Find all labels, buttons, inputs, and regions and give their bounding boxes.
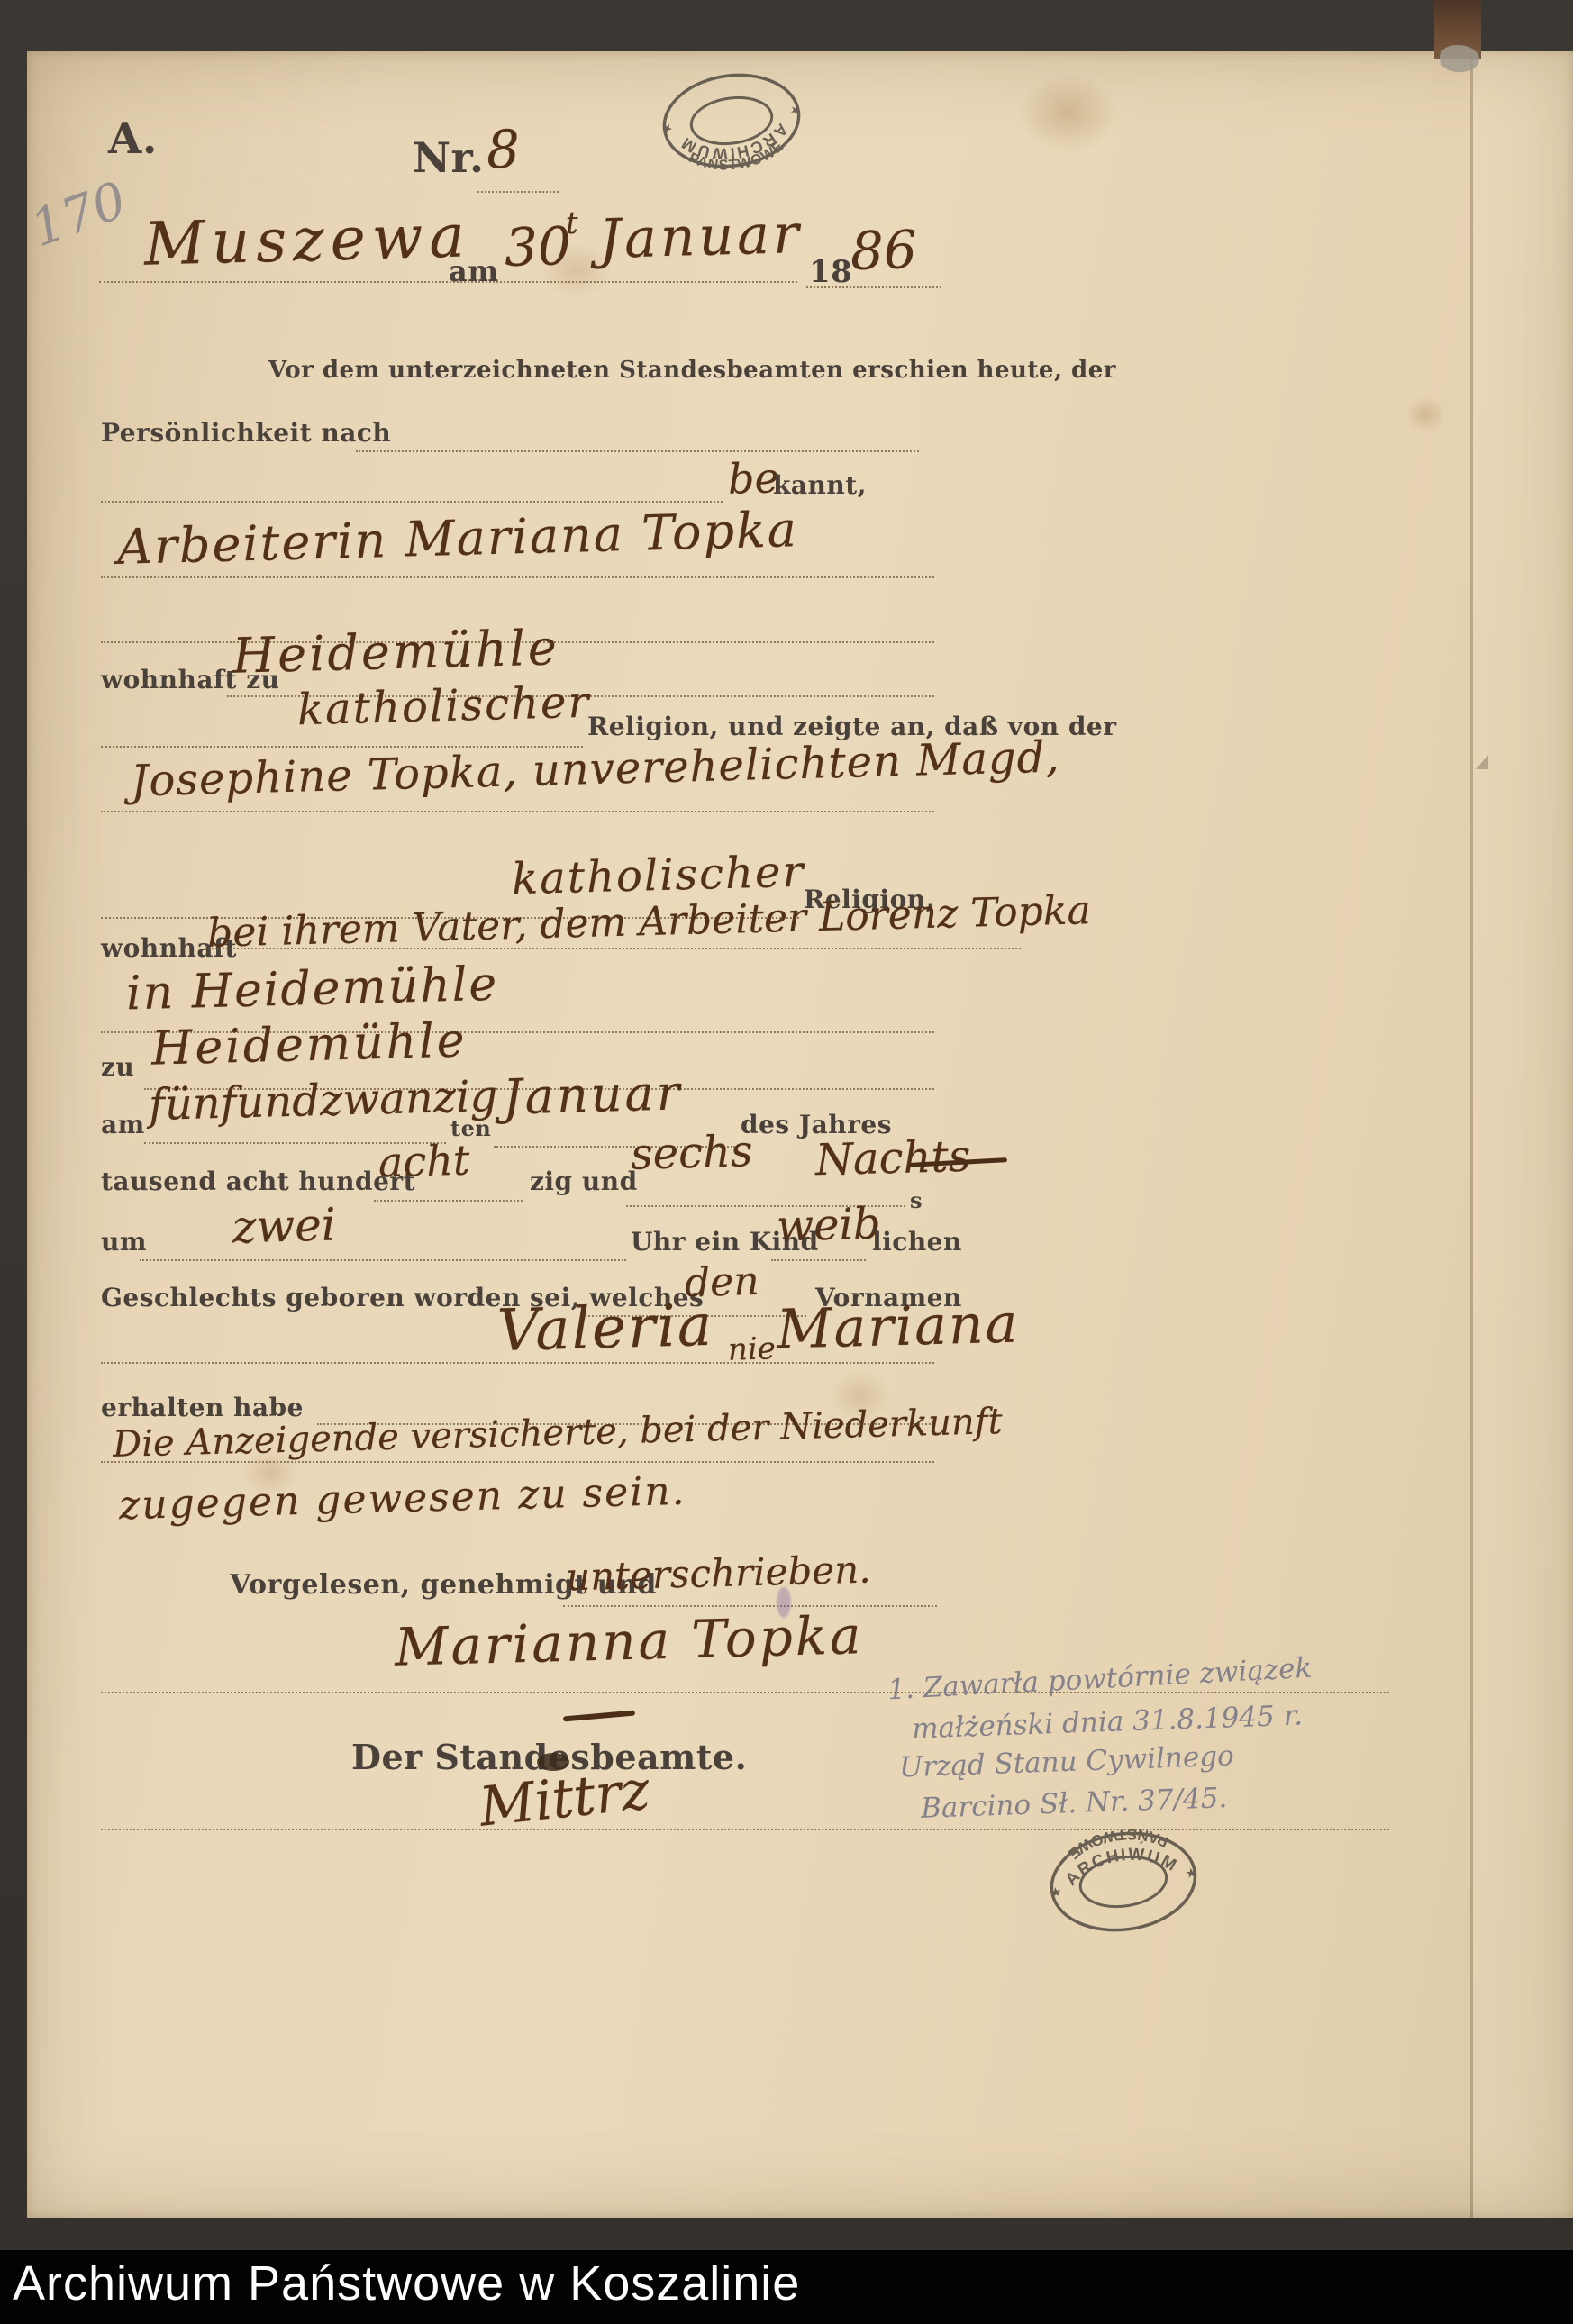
religion1-value: katholischer xyxy=(296,677,591,735)
closing-handwritten: unterschrieben. xyxy=(565,1548,871,1600)
stamp-star-icon: ★ xyxy=(660,120,674,136)
declarant-signature: Marianna Topka xyxy=(394,1604,864,1678)
birthplace-label: zu xyxy=(101,1052,134,1082)
gender-value: weib xyxy=(776,1198,881,1251)
scanned-document-page: A. 170 Nr. 8 ARCHIWUM PAŃSTWOWE ★ ★ Musz… xyxy=(0,0,1573,2324)
intro-line: Vor dem unterzeichneten Standesbeamten e… xyxy=(268,357,1116,384)
binding-glue-blob xyxy=(1440,45,1479,72)
record-number-value: 8 xyxy=(486,119,521,181)
dotted-line xyxy=(356,450,919,452)
daytime-printed-suffix: s xyxy=(910,1187,923,1213)
day-value-header: 30 xyxy=(504,215,572,278)
archive-stamp-bottom: ARCHIWUM PAŃSTWOWE ★ ★ xyxy=(1041,1820,1206,1945)
known-printed: kannt, xyxy=(773,470,867,500)
paper-stain xyxy=(1018,72,1117,153)
year-unit-value: sechs xyxy=(630,1126,753,1180)
archive-caption: Archiwum Państwowe w Koszalinie xyxy=(13,2256,800,2311)
known-handwritten: be xyxy=(727,453,779,503)
dotted-line xyxy=(101,576,934,578)
residence-value: Heidemühle xyxy=(232,619,559,684)
received-label: erhalten habe xyxy=(101,1393,304,1422)
child-name-2: Mariana xyxy=(776,1292,1020,1361)
year-printed-prefix: 18 xyxy=(809,254,852,290)
dotted-line xyxy=(101,1692,1389,1693)
stamp-star-icon: ★ xyxy=(1184,1865,1198,1883)
town-value: Muszewa xyxy=(143,201,472,278)
daytime-value: Nachts xyxy=(814,1131,971,1185)
dotted-line xyxy=(374,1200,523,1202)
year-decade-value: acht xyxy=(377,1136,470,1187)
gender-suffix-label: lichen xyxy=(872,1227,962,1257)
dotted-line xyxy=(101,1829,1389,1830)
form-letter: A. xyxy=(108,113,158,164)
paper-stain xyxy=(1405,396,1446,432)
dotted-line xyxy=(140,1259,626,1261)
paper-crease-mark xyxy=(1476,755,1488,769)
page-fold-highlight xyxy=(1473,51,1573,2218)
time-value: zwei xyxy=(232,1199,336,1254)
pencil-smudge xyxy=(777,1587,791,1618)
dotted-line xyxy=(205,948,1021,949)
archive-stamp-top: ARCHIWUM PAŃSTWOWE ★ ★ xyxy=(653,62,809,178)
stamp-star-icon: ★ xyxy=(1049,1884,1063,1902)
day-suffix-header: t xyxy=(565,205,578,241)
stamp-star-icon: ★ xyxy=(789,102,803,118)
dotted-line xyxy=(477,191,559,193)
identity-label: Persönlichkeit nach xyxy=(101,418,391,448)
am-label: am xyxy=(449,254,499,288)
dotted-line xyxy=(101,1362,934,1364)
record-number-label: Nr. xyxy=(413,133,485,182)
zig-und-label: zig und xyxy=(530,1167,638,1196)
child-name-1: Valeria xyxy=(496,1293,714,1365)
birthday-day-value: fünfundzwanzig xyxy=(148,1071,498,1130)
dotted-line xyxy=(101,811,934,812)
dotted-line xyxy=(806,286,941,288)
time-label: um xyxy=(101,1227,147,1257)
birthplace-value: Heidemühle xyxy=(150,1013,468,1076)
dotted-line xyxy=(99,281,797,283)
month-value-header: Januar xyxy=(598,203,803,271)
dotted-line xyxy=(101,501,723,503)
year-printed-label: tausend acht hundert xyxy=(101,1167,415,1196)
dotted-line xyxy=(771,1259,866,1261)
year-written-value: 86 xyxy=(850,219,918,282)
page-fold-line xyxy=(1470,51,1473,2218)
birthday-month-value: Januar xyxy=(502,1064,683,1125)
dotted-line xyxy=(101,1461,934,1463)
birthday-am-label: am xyxy=(101,1110,145,1139)
residence2-value-line2: in Heidemühle xyxy=(125,958,499,1021)
